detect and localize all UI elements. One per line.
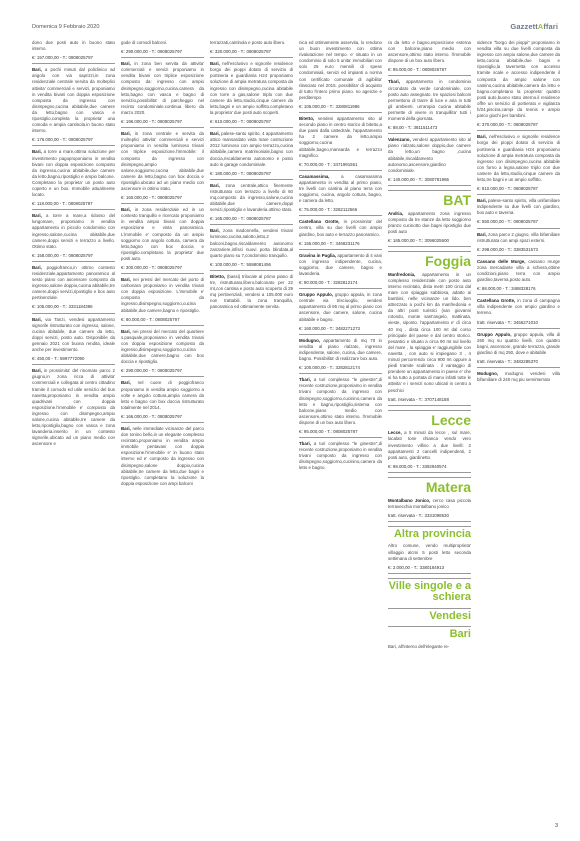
classified-ad: Gruppo Appulo, gruppo appula, in zona ce… <box>299 292 382 322</box>
ad-location: Bitetto, <box>210 274 225 279</box>
classified-ad: Montalbano Jonico, cerco casa piccola te… <box>388 498 471 510</box>
ad-text: sidence "borgo dei pioppi" proponiamo in… <box>477 40 560 118</box>
ad-location: Bari, <box>121 277 131 282</box>
classified-ad: Bari, zona madonnella, vendesi trivani l… <box>210 228 293 258</box>
classified-ad: sidence "borgo dei pioppi" proponiamo in… <box>477 40 560 119</box>
ad-location: Casamassima, <box>299 174 330 179</box>
ad-location: Castellana Grotte, <box>477 298 515 303</box>
section-heading: Bari <box>388 626 471 641</box>
classified-ad: Castellana Grotte, in prossimita' del ce… <box>299 219 382 237</box>
classified-ad: Modugno, appartamento di mq 70 in vendit… <box>299 338 382 362</box>
classified-column-1: dono due posti auto in buono stato inter… <box>32 40 115 830</box>
classified-ad: Bari, in zona residenziale ed in un cont… <box>121 207 204 262</box>
ad-text: poggiofranco,in ottimo contesto residenz… <box>32 265 115 300</box>
ad-location: Bari, <box>210 131 220 136</box>
classified-ad: Lecce, a 5 minuti da lecce , sul mare, l… <box>388 430 471 460</box>
classified-ad: Bari, nei pressi del mercato del porto d… <box>121 277 204 314</box>
classified-columns: dono due posti auto in buono stato inter… <box>32 40 560 830</box>
ad-text: palese-santo spirito, villa unifamiliare… <box>477 198 560 215</box>
page-header: Domenica 9 Febbraio 2020 GazzettAffari <box>32 22 558 36</box>
ad-price-phone: €: 2.000,00 - T.: 3380184913 <box>388 565 471 574</box>
ad-location: Bari, <box>32 317 42 322</box>
ad-price-phone: €: 98.000,00 - T.: 3392940574 <box>388 464 471 473</box>
classified-ad: Bari, nell'esclusivo e signorile residen… <box>477 134 560 183</box>
ad-price-phone: €: 180.000,00 - T.: 0808025787 <box>210 171 293 180</box>
ad-price-phone: €: 158.000,00 - T.: 0808025797 <box>32 253 115 262</box>
ad-location: Castellana Grotte, <box>299 219 340 224</box>
ad-location: Bari, <box>121 426 131 431</box>
ad-text: Altro comune, vendo multiproprieta' vill… <box>388 543 471 560</box>
classified-column-6: sidence "borgo dei pioppi" proponiamo in… <box>477 40 560 830</box>
ad-price-phone: €: 160.000,00 - T.: 0808025797 <box>121 195 204 204</box>
ad-text: in zona ben servita da attivita' commerc… <box>121 61 204 115</box>
ad-price-phone: tratt. riservata - T.: 3482285370 <box>477 359 560 368</box>
classified-ad: Bari, in zona centrale e servita da molt… <box>121 131 204 192</box>
ad-location: Bari, <box>121 329 131 334</box>
ad-location: Tbari, <box>299 441 311 446</box>
ad-text: a torre a mare,ottima soluzione per inve… <box>32 149 115 197</box>
classified-ad: Valenzano, vendesi appartamento sito al … <box>388 137 471 174</box>
classified-ad: Bitetto, vendesi appartamento sito al se… <box>299 116 382 159</box>
classified-ad: Bari, in prossimita' del rinomato parco … <box>32 368 115 447</box>
ad-price-phone: €: 165.000,00 - T.: 3096025600 <box>388 238 471 247</box>
ad-location: Bari, <box>121 380 131 385</box>
classified-ad: gode di comodi balconi. <box>121 40 204 46</box>
classified-ad: Altro comune, vendo multiproprieta' vill… <box>388 543 471 561</box>
ad-text: terrazzati,cantinola e posto auto libero… <box>210 40 285 45</box>
classified-column-4: nica ed ottimamente asservita, lo rendon… <box>299 40 382 830</box>
ad-location: Modugno, <box>477 371 498 376</box>
classified-ad: nica ed ottimamente asservita, lo rendon… <box>299 40 382 101</box>
classified-ad: Gruppo Appulo, gruppo appula, villa di 2… <box>477 332 560 356</box>
classified-ad: terrazzati,cantinola e posto auto libero… <box>210 40 293 46</box>
ad-price-phone: €: 95.000,00 - T.: 0808025787 <box>388 67 471 76</box>
ad-location: Bari, <box>477 198 487 203</box>
ad-price-phone: €: 176.000,00 - T.: 0808025797 <box>32 137 115 146</box>
ad-location: Bari, <box>477 232 487 237</box>
classified-ad: Bari, via Tanzi, vendesi appartamento si… <box>32 317 115 354</box>
classified-ad: Gravina in Puglia, appartamento di 4 van… <box>299 253 382 277</box>
ad-price-phone: €: 100.000,00 - T.: 5598081456 <box>210 262 293 271</box>
ad-price-phone: €: 165.000,00 - T.: 0808025787 <box>210 216 293 225</box>
ad-text: dono due posti auto in buono stato inter… <box>32 40 115 51</box>
ad-price-phone: €: 75.000,00 - T.: 3282112566 <box>299 207 382 216</box>
ad-text: zona centrale,attico finemente ristruttu… <box>210 183 293 212</box>
classified-ad: Bari, zona parco 2 giugno, villa bifamil… <box>477 232 560 244</box>
ad-price-phone: €: 810.000,00 - T.: 0808025787 <box>477 186 560 195</box>
logo-main-text: Gazzett <box>510 22 537 31</box>
ad-location: Gruppo Appulo, <box>477 332 511 337</box>
section-heading: Altra provincia <box>388 526 471 541</box>
classified-ad: Bari, all'interno dell'elegante re- <box>388 644 471 650</box>
ad-price-phone: €: 370.000,00 - T.: 0808025787 <box>477 122 560 131</box>
ad-price-phone: €: 290.000,00 - T.: 0808025797 <box>121 49 204 58</box>
ad-price-phone: €: 160.000,00 - T.: 3482271273 <box>299 326 382 335</box>
ad-location: Bari, <box>32 265 42 270</box>
section-heading: Vendesi <box>388 608 471 623</box>
ad-location: Bari, <box>121 131 131 136</box>
classified-ad: Bari, palese-santo spirito, 4 appartamen… <box>210 131 293 168</box>
ad-location: Bari, <box>477 134 487 139</box>
classified-ad: ra da letto e bagno,esposizione esterna … <box>388 40 471 64</box>
gazzettaffari-logo: GazzettAffari <box>510 22 558 31</box>
ad-text: via Tanzi, vendesi appartamento signoril… <box>32 317 115 352</box>
ad-price-phone: €: 95.000,00 - T.: 0808025787 <box>299 429 382 438</box>
ad-text: in zona centrale e servita da molteplici… <box>121 131 204 191</box>
ad-location: Andria, <box>388 211 403 216</box>
classified-column-3: terrazzati,cantinola e posto auto libero… <box>210 40 293 830</box>
classified-ad: Bari, in zona ben servita da attivita' c… <box>121 61 204 116</box>
ad-location: Bari, <box>121 61 131 66</box>
ad-price-phone: €: 80.000,00 - T.: 0808025797 <box>121 317 204 326</box>
ad-price-phone: €: 90.000,00 - T.: 3282812174 <box>299 280 382 289</box>
ad-text: zona parco 2 giugno, villa bifamiliare r… <box>477 232 560 243</box>
ad-text: nica ed ottimamente asservita, lo rendon… <box>299 40 382 100</box>
ad-text: nelle immediate vicinanze del parco don … <box>121 426 204 486</box>
ad-location: Gravina in Puglia, <box>299 253 336 258</box>
section-heading: Lecce <box>388 410 471 428</box>
ad-text: (bassi) trilocale al primo piano di tre,… <box>210 274 293 309</box>
page-number: 3 <box>555 823 558 829</box>
ad-price-phone: €: 298.000,00 - T.: 3383531573 <box>477 247 560 256</box>
ad-text: a turi complesso "le ginestre",di recent… <box>299 441 382 470</box>
ad-price-phone: €: 157.000,00 - T.: 0808025797 <box>32 55 115 64</box>
ad-price-phone: €: 105.000,00 - T.: 3280811986 <box>299 104 382 113</box>
ad-text: zona madonnella, vendesi trivani luminos… <box>210 228 293 257</box>
ad-location: Bari, <box>121 207 131 212</box>
ad-location: Bari, <box>210 183 220 188</box>
classified-ad: Castellana Grotte, in zona di campagna v… <box>477 298 560 316</box>
ad-price-phone: €: 88.000,00 - T.: 3488328176 <box>477 286 560 295</box>
ad-location: Bari, <box>32 149 42 154</box>
ad-price-phone: €: 140.000,00 - T.: 3080781986 <box>388 177 471 186</box>
ad-location: Gruppo Appulo, <box>299 292 333 297</box>
section-heading: Foggia <box>388 251 471 269</box>
classified-ad: Bari, poggiofranco,in ottimo contesto re… <box>32 265 115 302</box>
ad-text: vendesi appartamento sito al piano rialz… <box>388 137 471 172</box>
classified-ad: Tbari, a turi complesso "le ginestre",di… <box>299 377 382 426</box>
classified-ad: Tbari, appartamento in condominio circon… <box>388 79 471 122</box>
ad-price-phone: €: 610.000,00 - T.: 0808025787 <box>210 119 293 128</box>
ad-location: Cassano delle Murge, <box>477 259 525 264</box>
classified-ad: Manfredonia, appartamento in un compless… <box>388 272 471 394</box>
ad-text: appartamento in un complesso residenzial… <box>388 272 471 393</box>
ad-price-phone: tratt. riservata - T.: 3456271010 <box>477 320 560 329</box>
classified-column-2: gode di comodi balconi.€: 290.000,00 - T… <box>121 40 204 830</box>
classified-ad: Casamassima, a casamassima appartamento … <box>299 174 382 204</box>
ad-location: Manfredonia, <box>388 272 415 277</box>
ad-location: Bari, <box>210 228 220 233</box>
ad-location: Tbari, <box>388 79 400 84</box>
ad-price-phone: €: 320.000,00 - T.: 0808025787 <box>210 49 293 58</box>
classified-ad: dono due posti auto in buono stato inter… <box>32 40 115 52</box>
ad-price-phone: €: 290.000,00 - T.: 0808025797 <box>121 368 204 377</box>
ad-text: ra da letto e bagno,esposizione esterna … <box>388 40 471 63</box>
ad-location: Valenzano, <box>388 137 411 142</box>
ad-price-phone: €: 70.000,00 - T.: 3471991561 <box>299 162 382 171</box>
ad-price-phone: €: 105.000,00 - T.: 3331184396 <box>32 304 115 313</box>
classified-ad: Bari, nei pressi del mercato del quartie… <box>121 329 204 366</box>
classified-ad: Bitetto, (bassi) trilocale al primo pian… <box>210 274 293 311</box>
classified-ad: Bari, nelle immediate vicinanze del parc… <box>121 426 204 487</box>
classified-ad: Modugno, modugno vendesi villa bifamilia… <box>477 371 560 383</box>
issue-date: Domenica 9 Febbraio 2020 <box>32 24 99 30</box>
classified-ad: Bari, nel cuore di poggiofranco proponia… <box>121 380 204 410</box>
ad-text: gode di comodi balconi. <box>121 40 167 45</box>
ad-location: Montalbano Jonico, <box>388 498 430 503</box>
ad-price-phone: €: 155.000,00 - T.: 3468231176 <box>299 241 382 250</box>
ad-location: Bari, <box>32 213 42 218</box>
ad-text: nei pressi del mercato del quartiere s.p… <box>121 329 204 364</box>
section-heading: BAT <box>388 190 471 208</box>
ad-price-phone: €: 100.000,00 - T.: 3282812174 <box>299 365 382 374</box>
ad-location: Bari, <box>32 368 42 373</box>
section-heading: Ville singole e a schiera <box>388 578 471 604</box>
classified-ad: Tbari, a turi complesso "le ginestre",di… <box>299 441 382 471</box>
ad-text: a torre a mare,a ridosso del lungomare, … <box>32 213 115 248</box>
ad-location: Bari, <box>210 61 220 66</box>
ad-text: in prossimita' del rinomato parco 2 giug… <box>32 368 115 446</box>
classified-ad: Bari, zona centrale,attico finemente ris… <box>210 183 293 213</box>
ad-location: Lecce, <box>388 430 402 435</box>
ad-text: nel cuore di poggiofranco proponiamo in … <box>121 380 204 409</box>
ad-text: a turi complesso "le ginestre",di recent… <box>299 377 382 425</box>
ad-text: nell'esclusivo e signorile residence bor… <box>210 61 293 115</box>
classified-ad: Bari, a torre a mare,a ridosso del lungo… <box>32 213 115 250</box>
classified-ad: Bari, a torre a mare,ottima soluzione pe… <box>32 149 115 198</box>
ad-location: Bari, <box>32 67 42 72</box>
ad-location: Tbari, <box>299 377 311 382</box>
ad-price-phone: €: 450,00 - T.: 5997772090 <box>32 356 115 365</box>
ad-price-phone: €: 196.000,00 - T.: 0808025797 <box>121 119 204 128</box>
ad-price-phone: €: 550.000,00 - T.: 0808025787 <box>477 219 560 228</box>
ad-price-phone: tratt. riservata - T.: 3331098530 <box>388 513 471 522</box>
logo-tail-text: ffari <box>543 22 558 31</box>
ad-text: palese-santo spirito, 4 appartamento att… <box>210 131 293 166</box>
ad-text: nei pressi del mercato del porto di carb… <box>121 277 204 312</box>
ad-price-phone: €: 118.000,00 - T.: 0808025797 <box>32 201 115 210</box>
classified-ad: Andria, appartamento zona ingresso compo… <box>388 211 471 235</box>
ad-text: appartamento in condominio circondato da… <box>388 79 471 121</box>
classified-ad: Bari, nell'esclusivo e signorile residen… <box>210 61 293 116</box>
classified-ad: Bari, palese-santo spirito, villa unifam… <box>477 198 560 216</box>
ad-price-phone: €: 166.000,00 - T.: 0808025797 <box>121 414 204 423</box>
ad-location: Modugno, <box>299 338 320 343</box>
ad-text: a pochi minuti dal policlinico ad angolo… <box>32 67 115 133</box>
section-heading: Matera <box>388 477 471 495</box>
ad-price-phone: tratt. riservata - T.: 3707148188 <box>388 397 471 406</box>
classified-column-5: ra da letto e bagno,esposizione esterna … <box>388 40 471 830</box>
classified-ad: Bari, a pochi minuti dal policlinico ad … <box>32 67 115 134</box>
classified-ad: Cassano delle Murge, cassano murge zona … <box>477 259 560 283</box>
ad-text: nell'esclusivo e signorile residence bor… <box>477 134 560 182</box>
ad-text: vendesi appartamento sito al secondo pia… <box>299 116 382 158</box>
ad-location: Bitetto, <box>299 116 314 121</box>
ad-price-phone: €: 300.000,00 - T.: 0808025797 <box>121 265 204 274</box>
ad-text: in zona residenziale ed in un contesto t… <box>121 207 204 261</box>
ad-price-phone: €: 88,00 - T.: 3811511473 <box>388 125 471 134</box>
ad-text: Bari, all'interno dell'elegante re- <box>388 644 449 649</box>
